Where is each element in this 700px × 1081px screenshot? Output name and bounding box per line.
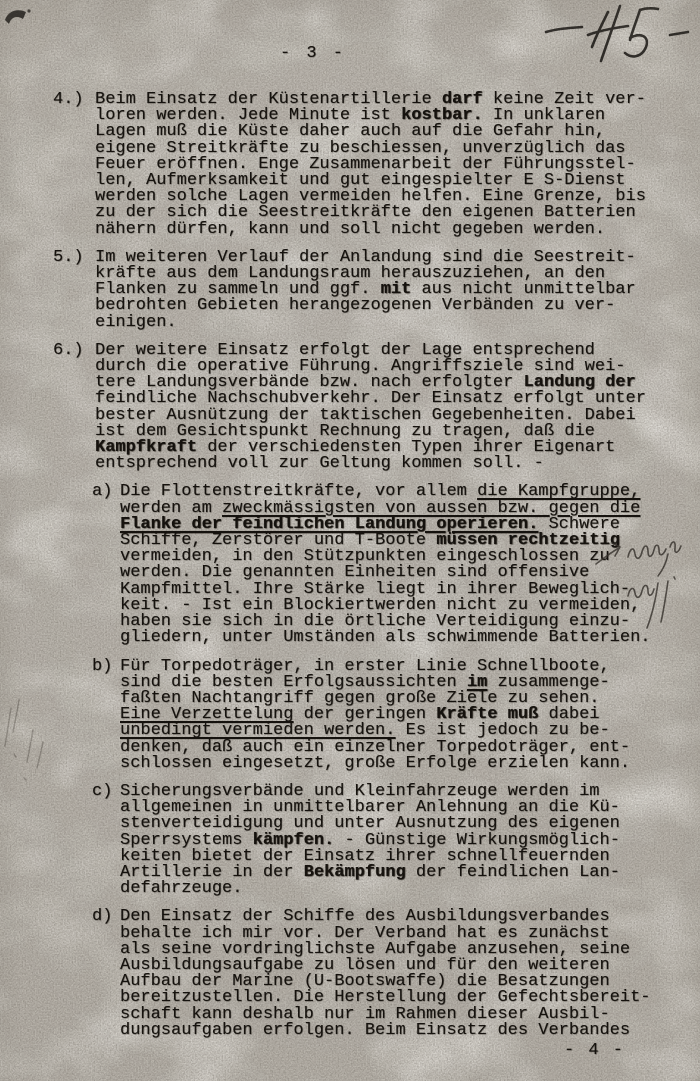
paragraph-4: 4.)Beim Einsatz der Küstenartillerie dar…	[53, 92, 700, 238]
paragraph-label: d)	[92, 909, 120, 1039]
paragraph-b: b)Für Torpedoträger, in erster Linie Sch…	[92, 659, 700, 772]
document-body: 4.)Beim Einsatz der Küstenartillerie dar…	[0, 92, 700, 1051]
paragraph-text: Für Torpedoträger, in erster Linie Schne…	[120, 659, 700, 772]
paragraph-label: b)	[92, 659, 120, 772]
page-number-top: - 3 -	[280, 44, 346, 63]
paragraph-label: 5.)	[53, 250, 95, 331]
paragraph-label: a)	[92, 484, 120, 646]
handwritten-folio-mark	[540, 2, 696, 66]
paragraph-text: Im weiteren Verlauf der Anlandung sind d…	[95, 250, 700, 331]
paragraph-6: 6.)Der weitere Einsatz erfolgt der Lage …	[53, 343, 700, 473]
paragraph-text: Die Flottenstreitkräfte, vor allem die K…	[120, 484, 700, 646]
paragraph-c: c)Sicherungsverbände und Kleinfahrzeuge …	[92, 784, 700, 897]
paragraph-5: 5.)Im weiteren Verlauf der Anlandung sin…	[53, 250, 700, 331]
paragraph-d: d)Den Einsatz der Schiffe des Ausbildung…	[92, 909, 700, 1039]
paragraph-label: 6.)	[53, 343, 95, 473]
paragraphs: 4.)Beim Einsatz der Küstenartillerie dar…	[0, 92, 700, 1039]
paragraph-text: Den Einsatz der Schiffe des Ausbildungsv…	[120, 909, 700, 1039]
paragraph-text: Sicherungsverbände und Kleinfahrzeuge we…	[120, 784, 700, 897]
page-number-bottom: - 4 -	[564, 1041, 625, 1060]
scanned-document-page: - 3 - 4.)Beim Einsatz der Küstenartiller…	[0, 0, 700, 1081]
paragraph-text: Beim Einsatz der Küstenartillerie darf k…	[95, 92, 700, 238]
paragraph-label: c)	[92, 784, 120, 897]
ink-blot-icon	[2, 4, 36, 34]
paragraph-text: Der weitere Einsatz erfolgt der Lage ent…	[95, 343, 700, 473]
paragraph-a: a)Die Flottenstreitkräfte, vor allem die…	[92, 484, 700, 646]
paragraph-label: 4.)	[53, 92, 95, 238]
